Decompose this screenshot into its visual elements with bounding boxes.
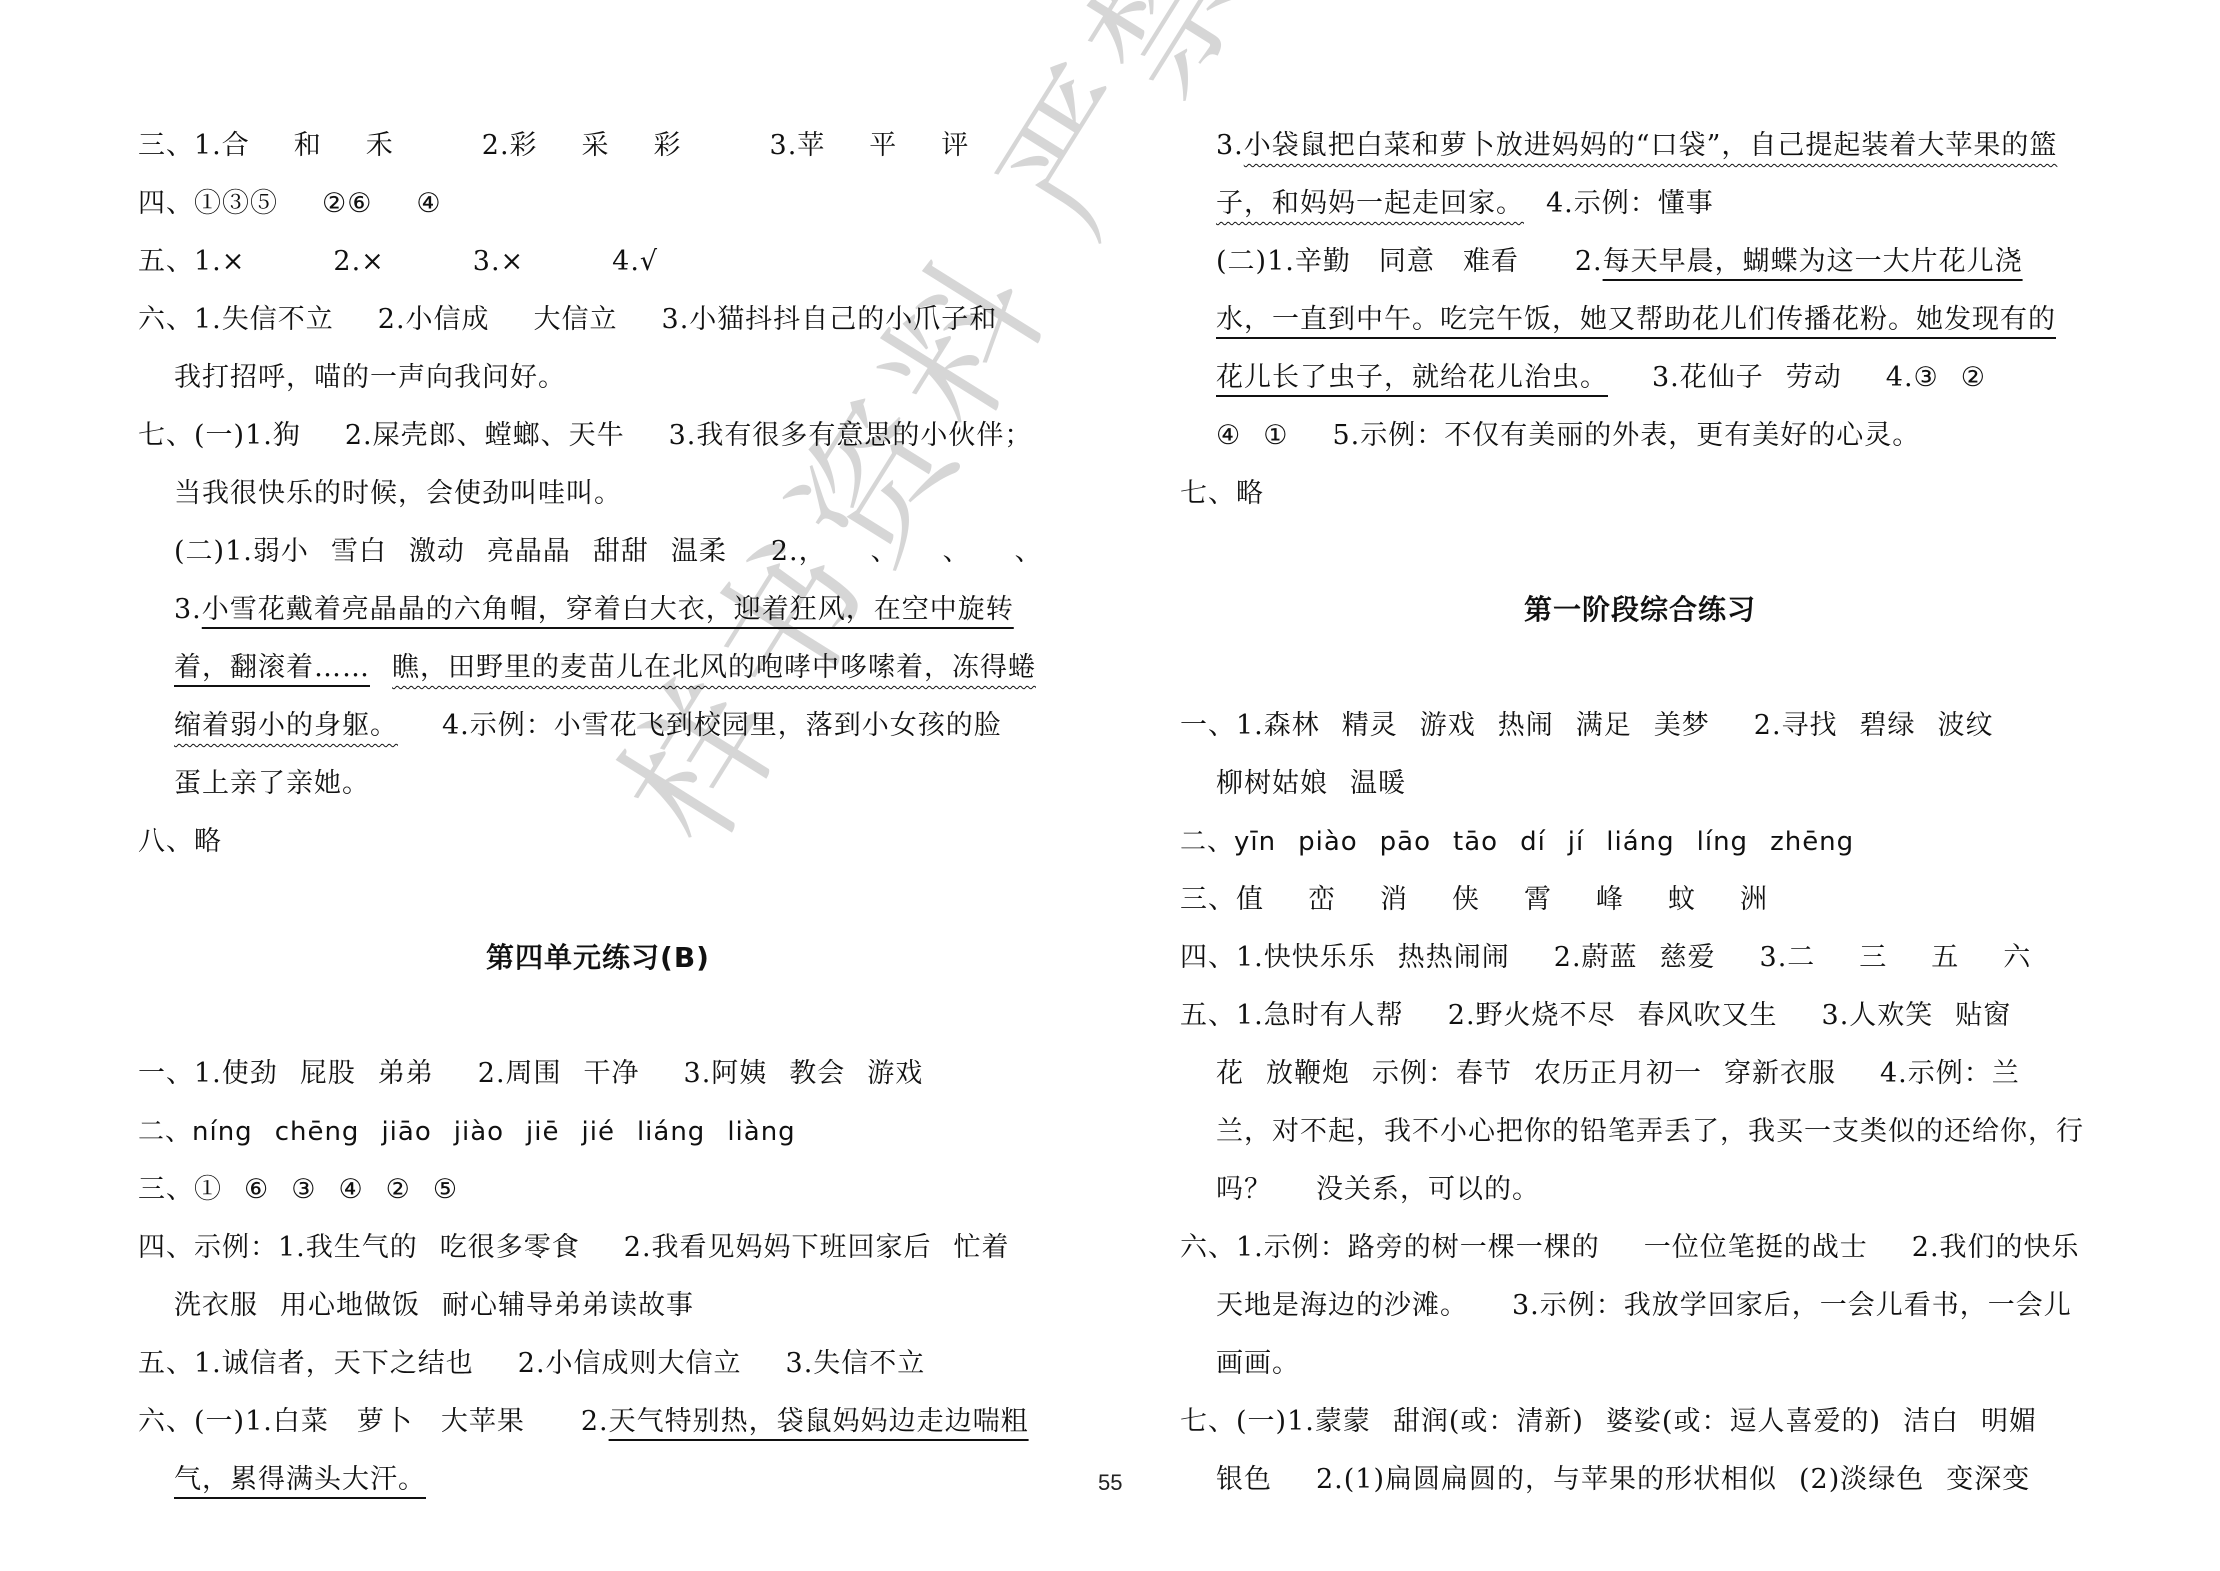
answer-line: 一、1.森林精灵游戏热闹满足美梦2.寻找碧绿波纹 — [1180, 697, 2100, 755]
answer-text: (2)淡绿色 — [1799, 1464, 1924, 1495]
pinyin-text: tāo — [1453, 827, 1498, 857]
answer-text: 蚊 — [1668, 884, 1696, 915]
pinyin-text: chēng — [275, 1117, 360, 1147]
answer-line: 着，翻滚着……瞧，田野里的麦苗儿在北风的咆哮中哆嗦着，冻得蜷 — [138, 639, 1058, 697]
answer-text: (二)1.辛勤 同意 难看 2. — [1216, 246, 1603, 277]
pinyin-text: líng — [1697, 827, 1748, 857]
pinyin-text: dí — [1520, 827, 1546, 857]
answer-text: 弟弟 — [378, 1058, 434, 1089]
answer-line: 二、yīnpiàopāotāodíjíliánglíngzhēng — [1180, 813, 2100, 871]
answer-text: 精灵 — [1342, 710, 1398, 741]
answer-text: 2.× — [333, 246, 384, 277]
answer-text: 热闹 — [1498, 710, 1554, 741]
answer-line: 三、1.合和禾2.彩采彩3.苹平评 — [138, 117, 1058, 175]
answer-text: 3. — [1216, 130, 1244, 161]
answer-text: ① — [1263, 420, 1288, 451]
answer-text: 没关系，可以的。 — [1316, 1174, 1540, 1205]
answer-text: 洗衣服 — [174, 1290, 258, 1321]
answer-line: 子，和妈妈一起走回家。4.示例：懂事 — [1180, 175, 2100, 233]
answer-text: 2.彩 — [482, 130, 538, 161]
answer-text: 2.我看见妈妈下班回家后 — [624, 1232, 932, 1263]
answer-line: 六、1.示例：路旁的树一棵一棵的一位位笔挺的战士2.我们的快乐 — [1180, 1219, 2100, 1277]
answer-line: 四、①③⑤②⑥④ — [138, 175, 1058, 233]
wavy-underlined-answer: 瞧，田野里的麦苗儿在北风的咆哮中哆嗦着，冻得蜷 — [392, 652, 1036, 683]
answer-text: ⑤ — [433, 1174, 458, 1205]
answer-line: 四、1.快快乐乐热热闹闹2.蔚蓝慈爱3.二三五六 — [1180, 929, 2100, 987]
answer-text: 禾 — [366, 130, 394, 161]
pinyin-text: 二、níng — [138, 1117, 253, 1147]
underlined-answer: 小雪花戴着亮晶晶的六角帽，穿着白大衣，迎着狂风，在空中旋转 — [202, 594, 1014, 625]
answer-line: 五、1.×2.×3.×4.√ — [138, 233, 1058, 291]
answer-text: (二)1.弱小 — [174, 536, 309, 567]
pinyin-text: jiē — [526, 1117, 559, 1147]
pinyin-text: liàng — [727, 1117, 795, 1147]
answer-text: ④ — [1216, 420, 1241, 451]
answer-line: 气，累得满头大汗。 — [138, 1451, 1058, 1509]
answer-text: ③ — [291, 1174, 316, 1205]
wavy-underlined-answer: 缩着弱小的身躯。 — [174, 710, 398, 741]
answer-text: 温暖 — [1350, 768, 1406, 799]
answer-text: 六、(一)1.白菜 萝卜 大苹果 2. — [138, 1406, 609, 1437]
answer-line: 七、略 — [1180, 465, 2100, 523]
answer-text: 吗？ — [1216, 1174, 1272, 1205]
answer-text: 3.我有很多有意思的小伙伴； — [669, 420, 1033, 451]
answer-text: 五、1.急时有人帮 — [1180, 1000, 1404, 1031]
pinyin-text: piào — [1298, 827, 1358, 857]
spacer — [1180, 639, 2100, 697]
answer-line: 我打招呼，喵的一声向我问好。 — [138, 349, 1058, 407]
answer-text: 3. — [174, 594, 202, 625]
spacer — [138, 871, 1058, 929]
answer-text: 放鞭炮 — [1266, 1058, 1350, 1089]
answer-text: 热热闹闹 — [1398, 942, 1510, 973]
answer-text: 3.× — [473, 246, 524, 277]
answer-text: 示例：春节 — [1372, 1058, 1512, 1089]
answer-text: 平 — [869, 130, 897, 161]
answer-text: 银色 — [1216, 1464, 1272, 1495]
answer-text: 2.周围 — [478, 1058, 562, 1089]
answer-text: 2.小信成则大信立 — [518, 1348, 742, 1379]
answer-line: 洗衣服用心地做饭耐心辅导弟弟读故事 — [138, 1277, 1058, 1335]
answer-text: 3.小猫抖抖自己的小爪子和 — [662, 304, 998, 335]
answer-text: 评 — [941, 130, 969, 161]
answer-text: 三、值 — [1180, 884, 1264, 915]
answer-text: 五、1.× — [138, 246, 245, 277]
answer-text: 4.示例：懂事 — [1546, 188, 1714, 219]
answer-line: 缩着弱小的身躯。4.示例：小雪花飞到校园里，落到小女孩的脸 — [138, 697, 1058, 755]
wavy-underlined-answer: 小袋鼠把白菜和萝卜放进妈妈的“口袋”，自己提起装着大苹果的篮 — [1244, 130, 2058, 161]
answer-text: 穿新衣服 — [1724, 1058, 1836, 1089]
section-heading: 第四单元练习(B) — [138, 929, 1058, 987]
answer-text: 2.屎壳郎、螳螂、天牛 — [345, 420, 625, 451]
answer-text: 温柔 — [671, 536, 727, 567]
answer-line: 花放鞭炮示例：春节农历正月初一穿新衣服4.示例：兰 — [1180, 1045, 2100, 1103]
answer-text: 六 — [2003, 942, 2031, 973]
answer-text: 大信立 — [534, 304, 618, 335]
answer-text: 、 — [1015, 536, 1043, 567]
pinyin-text: jié — [582, 1117, 615, 1147]
answer-text: 五 — [1931, 942, 1959, 973]
answer-text: 农历正月初一 — [1534, 1058, 1702, 1089]
answer-line: (二)1.弱小雪白激动亮晶晶甜甜温柔2.，、、、 — [138, 523, 1058, 581]
answer-text: 侠 — [1452, 884, 1480, 915]
answer-text: 明媚 — [1981, 1406, 2037, 1437]
underlined-answer: 着，翻滚着…… — [174, 652, 370, 683]
answer-line: 二、níngchēngjiāojiàojiējiéliángliàng — [138, 1103, 1058, 1161]
pinyin-text: zhēng — [1770, 827, 1854, 857]
answer-text: 慈爱 — [1660, 942, 1716, 973]
answer-text: 美梦 — [1654, 710, 1710, 741]
answer-text: 彩 — [654, 130, 682, 161]
answer-text: 四、1.快快乐乐 — [1180, 942, 1376, 973]
answer-text: ② — [386, 1174, 411, 1205]
answer-line: 兰，对不起，我不小心把你的铅笔弄丢了，我买一支类似的还给你，行 — [1180, 1103, 2100, 1161]
answer-text: 2.， — [771, 536, 827, 567]
answer-line: 天地是海边的沙滩。3.示例：我放学回家后，一会儿看书，一会儿 — [1180, 1277, 2100, 1335]
answer-text: 忙着 — [954, 1232, 1010, 1263]
answer-text: 贴窗 — [1955, 1000, 2011, 1031]
answer-line: 蛋上亲了亲她。 — [138, 755, 1058, 813]
answer-text: 5.示例：不仅有美丽的外表，更有美好的心灵。 — [1332, 420, 1920, 451]
answer-line: ④①5.示例：不仅有美丽的外表，更有美好的心灵。 — [1180, 407, 2100, 465]
answer-line: 六、(一)1.白菜 萝卜 大苹果 2.天气特别热，袋鼠妈妈边走边喘粗 — [138, 1393, 1058, 1451]
answer-line: 三、①⑥③④②⑤ — [138, 1161, 1058, 1219]
answer-text: 游戏 — [1420, 710, 1476, 741]
answer-line: 水，一直到中午。吃完午饭，她又帮助花儿们传播花粉。她发现有的 — [1180, 291, 2100, 349]
underlined-answer: 水，一直到中午。吃完午饭，她又帮助花儿们传播花粉。她发现有的 — [1216, 304, 2056, 335]
answer-text: 和 — [294, 130, 322, 161]
wavy-underlined-answer: 子，和妈妈一起走回家。 — [1216, 188, 1524, 219]
answer-text: 用心地做饭 — [280, 1290, 420, 1321]
answer-line: 吗？没关系，可以的。 — [1180, 1161, 2100, 1219]
answer-text: 4.示例：兰 — [1880, 1058, 2020, 1089]
answer-line: 六、1.失信不立2.小信成大信立3.小猫抖抖自己的小爪子和 — [138, 291, 1058, 349]
answer-text: 2.寻找 — [1754, 710, 1838, 741]
answer-text: 消 — [1380, 884, 1408, 915]
answer-line: (二)1.辛勤 同意 难看 2.每天早晨，蝴蝶为这一大片花儿浇 — [1180, 233, 2100, 291]
answer-text: ④ — [338, 1174, 363, 1205]
answer-text: 七、(一)1.蒙蒙 — [1180, 1406, 1371, 1437]
answer-line: 画画。 — [1180, 1335, 2100, 1393]
answer-text: ④ — [416, 188, 441, 219]
answer-text: ②⑥ — [322, 188, 372, 219]
underlined-answer: 每天早晨，蝴蝶为这一大片花儿浇 — [1603, 246, 2023, 277]
answer-line: 3.小雪花戴着亮晶晶的六角帽，穿着白大衣，迎着狂风，在空中旋转 — [138, 581, 1058, 639]
spacer — [1180, 523, 2100, 581]
answer-text: 三、1.合 — [138, 130, 250, 161]
pinyin-text: liáng — [637, 1117, 705, 1147]
answer-text: 4.√ — [612, 246, 658, 277]
answer-text: 四、①③⑤ — [138, 188, 278, 219]
answer-text: 六、1.示例：路旁的树一棵一棵的 — [1180, 1232, 1600, 1263]
answer-text: 一位位笔挺的战士 — [1644, 1232, 1868, 1263]
answer-text: 2.小信成 — [378, 304, 490, 335]
answer-text: 屁股 — [300, 1058, 356, 1089]
answer-text: 3.示例：我放学回家后，一会儿看书，一会儿 — [1512, 1290, 2072, 1321]
answer-text: 雪白 — [331, 536, 387, 567]
pinyin-text: pāo — [1380, 827, 1431, 857]
answer-line: 3.小袋鼠把白菜和萝卜放进妈妈的“口袋”，自己提起装着大苹果的篮 — [1180, 117, 2100, 175]
answer-text: 洁白 — [1903, 1406, 1959, 1437]
answer-text: 七、(一)1.狗 — [138, 420, 301, 451]
answer-text: 亮晶晶 — [487, 536, 571, 567]
answer-text: 变深变 — [1946, 1464, 2030, 1495]
answer-text: 三 — [1859, 942, 1887, 973]
answer-text: 2.蔚蓝 — [1554, 942, 1638, 973]
section-heading: 第一阶段综合练习 — [1180, 581, 2100, 639]
answer-text: 2.(1)扁圆扁圆的，与苹果的形状相似 — [1316, 1464, 1777, 1495]
answer-text: 天地是海边的沙滩。 — [1216, 1290, 1468, 1321]
answer-text: 甜甜 — [593, 536, 649, 567]
answer-text: 花 — [1216, 1058, 1244, 1089]
spacer — [138, 987, 1058, 1045]
answer-line: 五、1.诚信者，天下之结也2.小信成则大信立3.失信不立 — [138, 1335, 1058, 1393]
answer-line: 三、值峦消侠霄峰蚊洲 — [1180, 871, 2100, 929]
answer-text: 4.③ — [1886, 362, 1939, 393]
answer-text: 一、1.森林 — [1180, 710, 1320, 741]
answer-text: 3.阿姨 — [684, 1058, 768, 1089]
answer-text: 2.野火烧不尽 — [1448, 1000, 1616, 1031]
answer-line: 五、1.急时有人帮2.野火烧不尽春风吹又生3.人欢笑贴窗 — [1180, 987, 2100, 1045]
answer-text: 一、1.使劲 — [138, 1058, 278, 1089]
underlined-answer: 天气特别热，袋鼠妈妈边走边喘粗 — [609, 1406, 1029, 1437]
answer-text: 3.人欢笑 — [1822, 1000, 1934, 1031]
answer-text: 、 — [871, 536, 899, 567]
answer-text: 峦 — [1308, 884, 1336, 915]
answer-text: 柳树姑娘 — [1216, 768, 1328, 799]
answer-text: 耐心辅导弟弟读故事 — [442, 1290, 694, 1321]
left-column: 三、1.合和禾2.彩采彩3.苹平评 四、①③⑤②⑥④ 五、1.×2.×3.×4.… — [138, 117, 1058, 1509]
answer-line: 四、示例：1.我生气的吃很多零食2.我看见妈妈下班回家后忙着 — [138, 1219, 1058, 1277]
answer-text: 碧绿 — [1860, 710, 1916, 741]
answer-text: 婆娑(或：逗人喜爱的) — [1606, 1406, 1881, 1437]
answer-text: 3.失信不立 — [786, 1348, 926, 1379]
answer-text: 3.花仙子 — [1652, 362, 1764, 393]
underlined-answer: 气，累得满头大汗。 — [174, 1464, 426, 1495]
answer-line: 七、(一)1.蒙蒙甜润(或：清新)婆娑(或：逗人喜爱的)洁白明媚 — [1180, 1393, 2100, 1451]
answer-text: 激动 — [409, 536, 465, 567]
answer-text: 教会 — [789, 1058, 845, 1089]
page-number: 55 — [1098, 1470, 1122, 1496]
right-column: 3.小袋鼠把白菜和萝卜放进妈妈的“口袋”，自己提起装着大苹果的篮 子，和妈妈一起… — [1180, 117, 2100, 1509]
answer-text: 五、1.诚信者，天下之结也 — [138, 1348, 474, 1379]
answer-line: 花儿长了虫子，就给花儿治虫。3.花仙子劳动4.③② — [1180, 349, 2100, 407]
answer-text: 春风吹又生 — [1638, 1000, 1778, 1031]
answer-text: 六、1.失信不立 — [138, 304, 334, 335]
answer-text: 三、① — [138, 1174, 222, 1205]
answer-text: 4.示例：小雪花飞到校园里，落到小女孩的脸 — [442, 710, 1002, 741]
answer-line: 一、1.使劲屁股弟弟2.周围干净3.阿姨教会游戏 — [138, 1045, 1058, 1103]
answer-text: 满足 — [1576, 710, 1632, 741]
pinyin-text: 二、yīn — [1180, 827, 1276, 857]
answer-text: 吃很多零食 — [440, 1232, 580, 1263]
answer-line: 银色2.(1)扁圆扁圆的，与苹果的形状相似(2)淡绿色变深变 — [1180, 1451, 2100, 1509]
pinyin-text: liáng — [1606, 827, 1674, 857]
answer-text: 劳动 — [1786, 362, 1842, 393]
answer-text: 采 — [582, 130, 610, 161]
pinyin-text: jí — [1568, 827, 1584, 857]
answer-text: 干净 — [584, 1058, 640, 1089]
answer-text: 甜润(或：清新) — [1393, 1406, 1584, 1437]
answer-text: 、 — [943, 536, 971, 567]
underlined-answer: 花儿长了虫子，就给花儿治虫。 — [1216, 362, 1608, 393]
answer-line: 八、略 — [138, 813, 1058, 871]
pinyin-text: jiāo — [381, 1117, 431, 1147]
answer-text: 波纹 — [1938, 710, 1994, 741]
answer-text: 四、示例：1.我生气的 — [138, 1232, 418, 1263]
answer-line: 柳树姑娘温暖 — [1180, 755, 2100, 813]
answer-text: 洲 — [1740, 884, 1768, 915]
answer-text: ② — [1961, 362, 1986, 393]
answer-text: ⑥ — [244, 1174, 269, 1205]
answer-line: 七、(一)1.狗2.屎壳郎、螳螂、天牛3.我有很多有意思的小伙伴； — [138, 407, 1058, 465]
answer-text: 2.我们的快乐 — [1912, 1232, 2080, 1263]
answer-text: 霄 — [1524, 884, 1552, 915]
answer-text: 3.苹 — [770, 130, 826, 161]
answer-text: 游戏 — [867, 1058, 923, 1089]
pinyin-text: jiào — [454, 1117, 504, 1147]
answer-line: 当我很快乐的时候，会使劲叫哇叫。 — [138, 465, 1058, 523]
answer-text: 峰 — [1596, 884, 1624, 915]
answer-text: 3.二 — [1760, 942, 1816, 973]
